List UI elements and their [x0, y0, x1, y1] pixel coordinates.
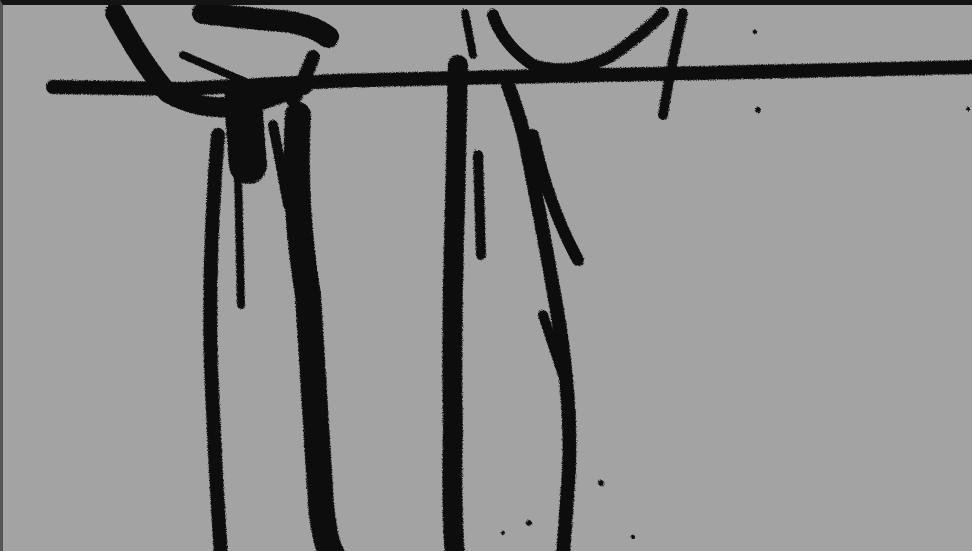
sketch-panel [0, 0, 972, 551]
charcoal-sketch [3, 5, 972, 551]
